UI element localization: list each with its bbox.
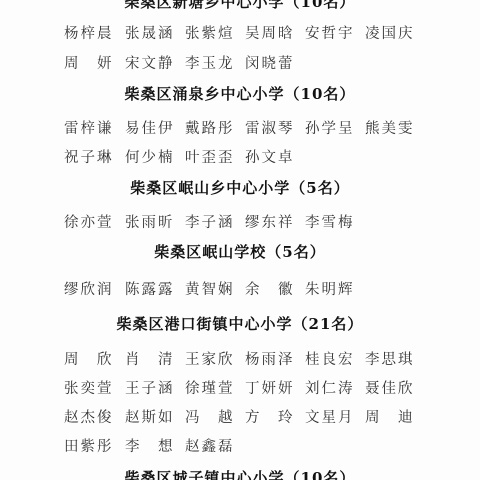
- student-name: 叶歪歪: [185, 146, 235, 167]
- student-name: 李子涵: [185, 211, 235, 232]
- student-name: 余 徽: [245, 278, 295, 299]
- student-name: 雷淑琴: [245, 117, 295, 138]
- student-name: 刘仁涛: [305, 377, 355, 398]
- student-name: 方 玲: [245, 406, 295, 427]
- student-name: 周 迪: [365, 406, 415, 427]
- student-name: 王家欣: [185, 348, 235, 369]
- student-name: 赵杰俊: [64, 406, 114, 427]
- section-heading: 柴桑区岷山乡中心小学（5名）: [0, 177, 480, 198]
- student-name: 宋文静: [125, 52, 175, 73]
- student-name: 李思琪: [365, 348, 415, 369]
- student-name: 熊美雯: [365, 117, 415, 138]
- section-heading: 柴桑区新塘乡中心小学（10名）: [0, 0, 480, 12]
- section-heading: 柴桑区岷山学校（5名）: [0, 241, 480, 262]
- student-name: 李雪梅: [305, 211, 355, 232]
- student-name: 孙文卓: [245, 146, 295, 167]
- student-name: 陈露露: [125, 278, 175, 299]
- student-name: 孙学呈: [305, 117, 355, 138]
- student-name: 何少楠: [125, 146, 175, 167]
- student-name: 易佳伊: [125, 117, 175, 138]
- student-name: 周 妍: [64, 52, 114, 73]
- student-name: 张奕萱: [64, 377, 114, 398]
- student-name: 戴路彤: [185, 117, 235, 138]
- student-name: 张雨昕: [125, 211, 175, 232]
- student-name: 李玉龙: [185, 52, 235, 73]
- student-name: 张晟涵: [125, 22, 175, 43]
- student-name: 朱明辉: [305, 278, 355, 299]
- student-name: 安哲宇: [305, 22, 355, 43]
- student-name: 赵斯如: [125, 406, 175, 427]
- student-name: 冯 越: [185, 406, 235, 427]
- student-name: 徐亦萱: [64, 211, 114, 232]
- student-name: 文星月: [305, 406, 355, 427]
- student-name: 周 欣: [64, 348, 114, 369]
- student-name: 吴周晗: [245, 22, 295, 43]
- student-name: 黄智娴: [185, 278, 235, 299]
- student-name: 闵晓蕾: [245, 52, 295, 73]
- student-name: 桂良宏: [305, 348, 355, 369]
- student-name: 雷梓谦: [64, 117, 114, 138]
- student-name: 缪欣润: [64, 278, 114, 299]
- student-name: 杨雨泽: [245, 348, 295, 369]
- student-name: 赵鑫磊: [185, 435, 235, 456]
- student-name: 杨梓晨: [64, 22, 114, 43]
- student-name: 王子涵: [125, 377, 175, 398]
- student-name: 祝子琳: [64, 146, 114, 167]
- student-name: 李 想: [125, 435, 175, 456]
- student-name: 肖 清: [125, 348, 175, 369]
- section-heading: 柴桑区城子镇中心小学（10名）: [0, 467, 480, 480]
- student-name: 田紫彤: [64, 435, 114, 456]
- student-name: 丁妍妍: [245, 377, 295, 398]
- student-name: 缪东祥: [245, 211, 295, 232]
- section-heading: 柴桑区涌泉乡中心小学（10名）: [0, 83, 480, 104]
- section-heading: 柴桑区港口街镇中心小学（21名）: [0, 313, 480, 334]
- student-name: 凌国庆: [365, 22, 415, 43]
- student-name: 张紫煊: [185, 22, 235, 43]
- student-name: 聂佳欣: [365, 377, 415, 398]
- student-name: 徐瑾萱: [185, 377, 235, 398]
